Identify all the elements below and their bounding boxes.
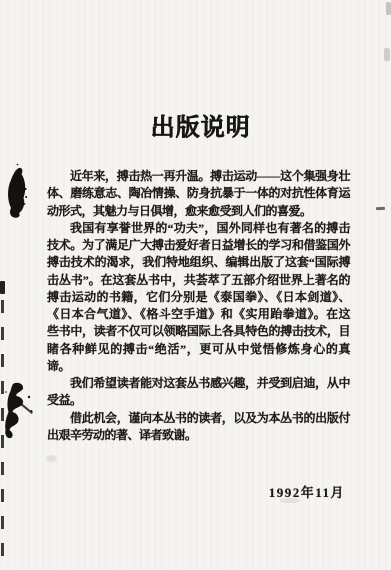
- scanned-book-page: { "document": { "title": "出版说明", "date":…: [0, 0, 391, 570]
- text-line: 借此机会，谨向本丛书的读者，以及为本丛书的出版付: [47, 410, 350, 427]
- text-line: 搏击运动的书籍，它们分别是《泰国拳》、《日本剑道》、: [47, 289, 350, 306]
- text-line: 我们希望读者能对这套丛书感兴趣，并受到启迪，从中: [47, 375, 350, 392]
- text-line: 技术。为了满足广大搏击爱好者日益增长的学习和借鉴国外: [47, 237, 350, 254]
- text-line: 体、磨练意志、陶冶情操、防身抗暴于一体的对抗性体育运: [47, 185, 350, 202]
- binding-edge-dashes: [1, 300, 4, 570]
- faint-smudge-left: [46, 455, 57, 462]
- ink-blot-lower-left: [5, 383, 33, 438]
- text-line: 动形式，其魅力与日俱增，愈来愈受到人们的喜爱。: [47, 203, 350, 220]
- text-line: 近年来，搏击热一再升温。搏击运动——这个集强身壮: [47, 168, 350, 185]
- text-line: 受益。: [47, 392, 350, 409]
- corner-smudge-upper: [384, 48, 390, 61]
- text-line: 谛。: [47, 358, 350, 375]
- text-line: 《日本合气道》、《格斗空手道》和《实用跆拳道》。在这: [47, 306, 350, 323]
- ink-blot-upper-left: [8, 164, 27, 218]
- publication-date: 1992年11月: [269, 482, 345, 501]
- text-line: 出艰辛劳动的著、译者致谢。: [47, 427, 350, 444]
- text-line: 搏击技术的渴求，我们特地组织、编辑出版了这套“国际搏: [47, 254, 350, 271]
- stray-dash-mark: [376, 207, 385, 210]
- body-text: 近年来，搏击热一再升温。搏击运动——这个集强身壮 体、磨练意志、陶冶情操、防身抗…: [47, 168, 350, 444]
- edge-bar-mark: [0, 281, 5, 294]
- text-line: 我国有享誉世界的“功夫”，国外同样也有著名的搏击: [47, 220, 350, 237]
- text-line: 睹各种鲜见的搏击“绝活”，更可从中觉悟修炼身心的真: [47, 341, 350, 358]
- text-line: 些书中，读者不仅可以领略国际上各具特色的搏击技术，目: [47, 323, 350, 340]
- text-line: 击丛书”。在这套丛书中，共荟萃了五部介绍世界上著名的: [47, 272, 350, 289]
- page-title: 出版说明: [5, 107, 391, 142]
- corner-smudge-top: [386, 2, 391, 15]
